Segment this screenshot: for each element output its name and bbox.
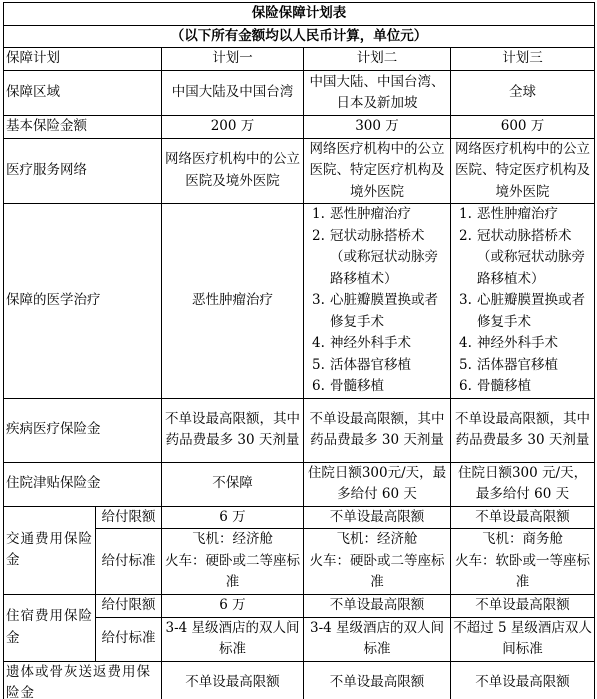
- row-label-network: 医疗服务网络: [4, 138, 162, 204]
- cell: 200 万: [162, 116, 304, 139]
- list-item: 5.活体器官移植: [306, 355, 448, 377]
- cell: 600 万: [451, 116, 595, 139]
- cell: 不超过 5 星级酒店双人间标准: [451, 617, 595, 661]
- table-row: 保障的医学治疗 恶性肿瘤治疗 1.恶性肿瘤治疗 2.冠状动脉搭桥术（或称冠状动脉…: [4, 204, 595, 399]
- list-item: 6.骨髓移植: [453, 376, 592, 398]
- row-label-lodging: 住宿费用保险金: [4, 595, 96, 662]
- list-item: 3.心脏瓣膜置换或者修复手术: [306, 290, 448, 333]
- cell: 不单设最高限额: [451, 595, 595, 618]
- list-item: 5.活体器官移植: [453, 355, 592, 377]
- row-label-treatment: 保障的医学治疗: [4, 204, 162, 399]
- sub-label-limit: 给付限额: [96, 595, 162, 618]
- table-row: 疾病医疗保险金 不单设最高限额，其中药品费最多 30 天剂量 不单设最高限额，其…: [4, 398, 595, 462]
- header-row: 保障计划 计划一 计划二 计划三: [4, 48, 595, 71]
- cell: 6 万: [162, 595, 304, 618]
- list-item: 1.恶性肿瘤治疗: [306, 204, 448, 226]
- list-item: 4.神经外科手术: [306, 333, 448, 355]
- cell: 住院日额300 元/天，最多给付 60 天: [451, 462, 595, 506]
- cell: 不单设最高限额: [304, 661, 451, 699]
- sub-label-limit: 给付限额: [96, 506, 162, 529]
- row-label-repatriation: 遗体或骨灰送返费用保险金: [4, 661, 162, 699]
- cell: 全球: [451, 71, 595, 116]
- cell: 飞机：经济舱火车：硬卧或二等座标准: [304, 529, 451, 595]
- table-row: 住宿费用保险金 给付限额 6 万 不单设最高限额 不单设最高限额: [4, 595, 595, 618]
- plan-1-header: 计划一: [162, 48, 304, 71]
- row-label-sum-insured: 基本保险金额: [4, 116, 162, 139]
- cell: 不单设最高限额: [451, 661, 595, 699]
- cell: 不单设最高限额: [304, 506, 451, 529]
- sub-label-standard: 给付标准: [96, 617, 162, 661]
- list-item: 1.恶性肿瘤治疗: [453, 204, 592, 226]
- cell: 不单设最高限额，其中药品费最多 30 天剂量: [304, 398, 451, 462]
- row-label-hospital-allowance: 住院津贴保险金: [4, 462, 162, 506]
- cell: 网络医疗机构中的公立医院、特定医疗机构及境外医院: [304, 138, 451, 204]
- header-label: 保障计划: [4, 48, 162, 71]
- table-row: 保障区域 中国大陆及中国台湾 中国大陆、中国台湾、日本及新加坡 全球: [4, 71, 595, 116]
- list-item: 6.骨髓移植: [306, 376, 448, 398]
- list-item: 4.神经外科手术: [453, 333, 592, 355]
- list-item: 2.冠状动脉搭桥术（或称冠状动脉旁路移植术）: [453, 226, 592, 291]
- cell: 不单设最高限额: [451, 506, 595, 529]
- cell: 3-4 星级酒店的双人间标准: [304, 617, 451, 661]
- treatment-list-plan-3: 1.恶性肿瘤治疗 2.冠状动脉搭桥术（或称冠状动脉旁路移植术） 3.心脏瓣膜置换…: [451, 204, 595, 399]
- cell: 不单设最高限额: [304, 595, 451, 618]
- list-item: 3.心脏瓣膜置换或者修复手术: [453, 290, 592, 333]
- cell: 中国大陆及中国台湾: [162, 71, 304, 116]
- cell: 6 万: [162, 506, 304, 529]
- table-row: 医疗服务网络 网络医疗机构中的公立医院及境外医院 网络医疗机构中的公立医院、特定…: [4, 138, 595, 204]
- plan-3-header: 计划三: [451, 48, 595, 71]
- treatment-list-plan-2: 1.恶性肿瘤治疗 2.冠状动脉搭桥术（或称冠状动脉旁路移植术） 3.心脏瓣膜置换…: [304, 204, 451, 399]
- table-row: 交通费用保险金 给付限额 6 万 不单设最高限额 不单设最高限额: [4, 506, 595, 529]
- table-row: 基本保险金额 200 万 300 万 600 万: [4, 116, 595, 139]
- cell: 网络医疗机构中的公立医院及境外医院: [162, 138, 304, 204]
- cell: 中国大陆、中国台湾、日本及新加坡: [304, 71, 451, 116]
- plan-2-header: 计划二: [304, 48, 451, 71]
- list-item: 2.冠状动脉搭桥术（或称冠状动脉旁路移植术）: [306, 226, 448, 291]
- row-label-transport: 交通费用保险金: [4, 506, 96, 595]
- insurance-plan-table: 保险保障计划表 （以下所有金额均以人民币计算，单位元） 保障计划 计划一 计划二…: [3, 2, 595, 699]
- cell: 住院日额300元/天，最多给付 60 天: [304, 462, 451, 506]
- cell: 飞机：商务舱火车：软卧或一等座标准: [451, 529, 595, 595]
- table-subtitle: （以下所有金额均以人民币计算，单位元）: [4, 25, 595, 48]
- cell: 3-4 星级酒店的双人间标准: [162, 617, 304, 661]
- cell: 恶性肿瘤治疗: [162, 204, 304, 399]
- table-row: 住院津贴保险金 不保障 住院日额300元/天，最多给付 60 天 住院日额300…: [4, 462, 595, 506]
- cell: 不单设最高限额: [162, 661, 304, 699]
- row-label-region: 保障区域: [4, 71, 162, 116]
- cell: 不保障: [162, 462, 304, 506]
- table-title: 保险保障计划表: [4, 3, 595, 26]
- sub-label-standard: 给付标准: [96, 529, 162, 595]
- cell: 网络医疗机构中的公立医院、特定医疗机构及境外医院: [451, 138, 595, 204]
- row-label-disease-medical: 疾病医疗保险金: [4, 398, 162, 462]
- cell: 不单设最高限额，其中药品费最多 30 天剂量: [451, 398, 595, 462]
- cell: 不单设最高限额，其中药品费最多 30 天剂量: [162, 398, 304, 462]
- table-row: 遗体或骨灰送返费用保险金 不单设最高限额 不单设最高限额 不单设最高限额: [4, 661, 595, 699]
- cell: 飞机：经济舱火车：硬卧或二等座标准: [162, 529, 304, 595]
- cell: 300 万: [304, 116, 451, 139]
